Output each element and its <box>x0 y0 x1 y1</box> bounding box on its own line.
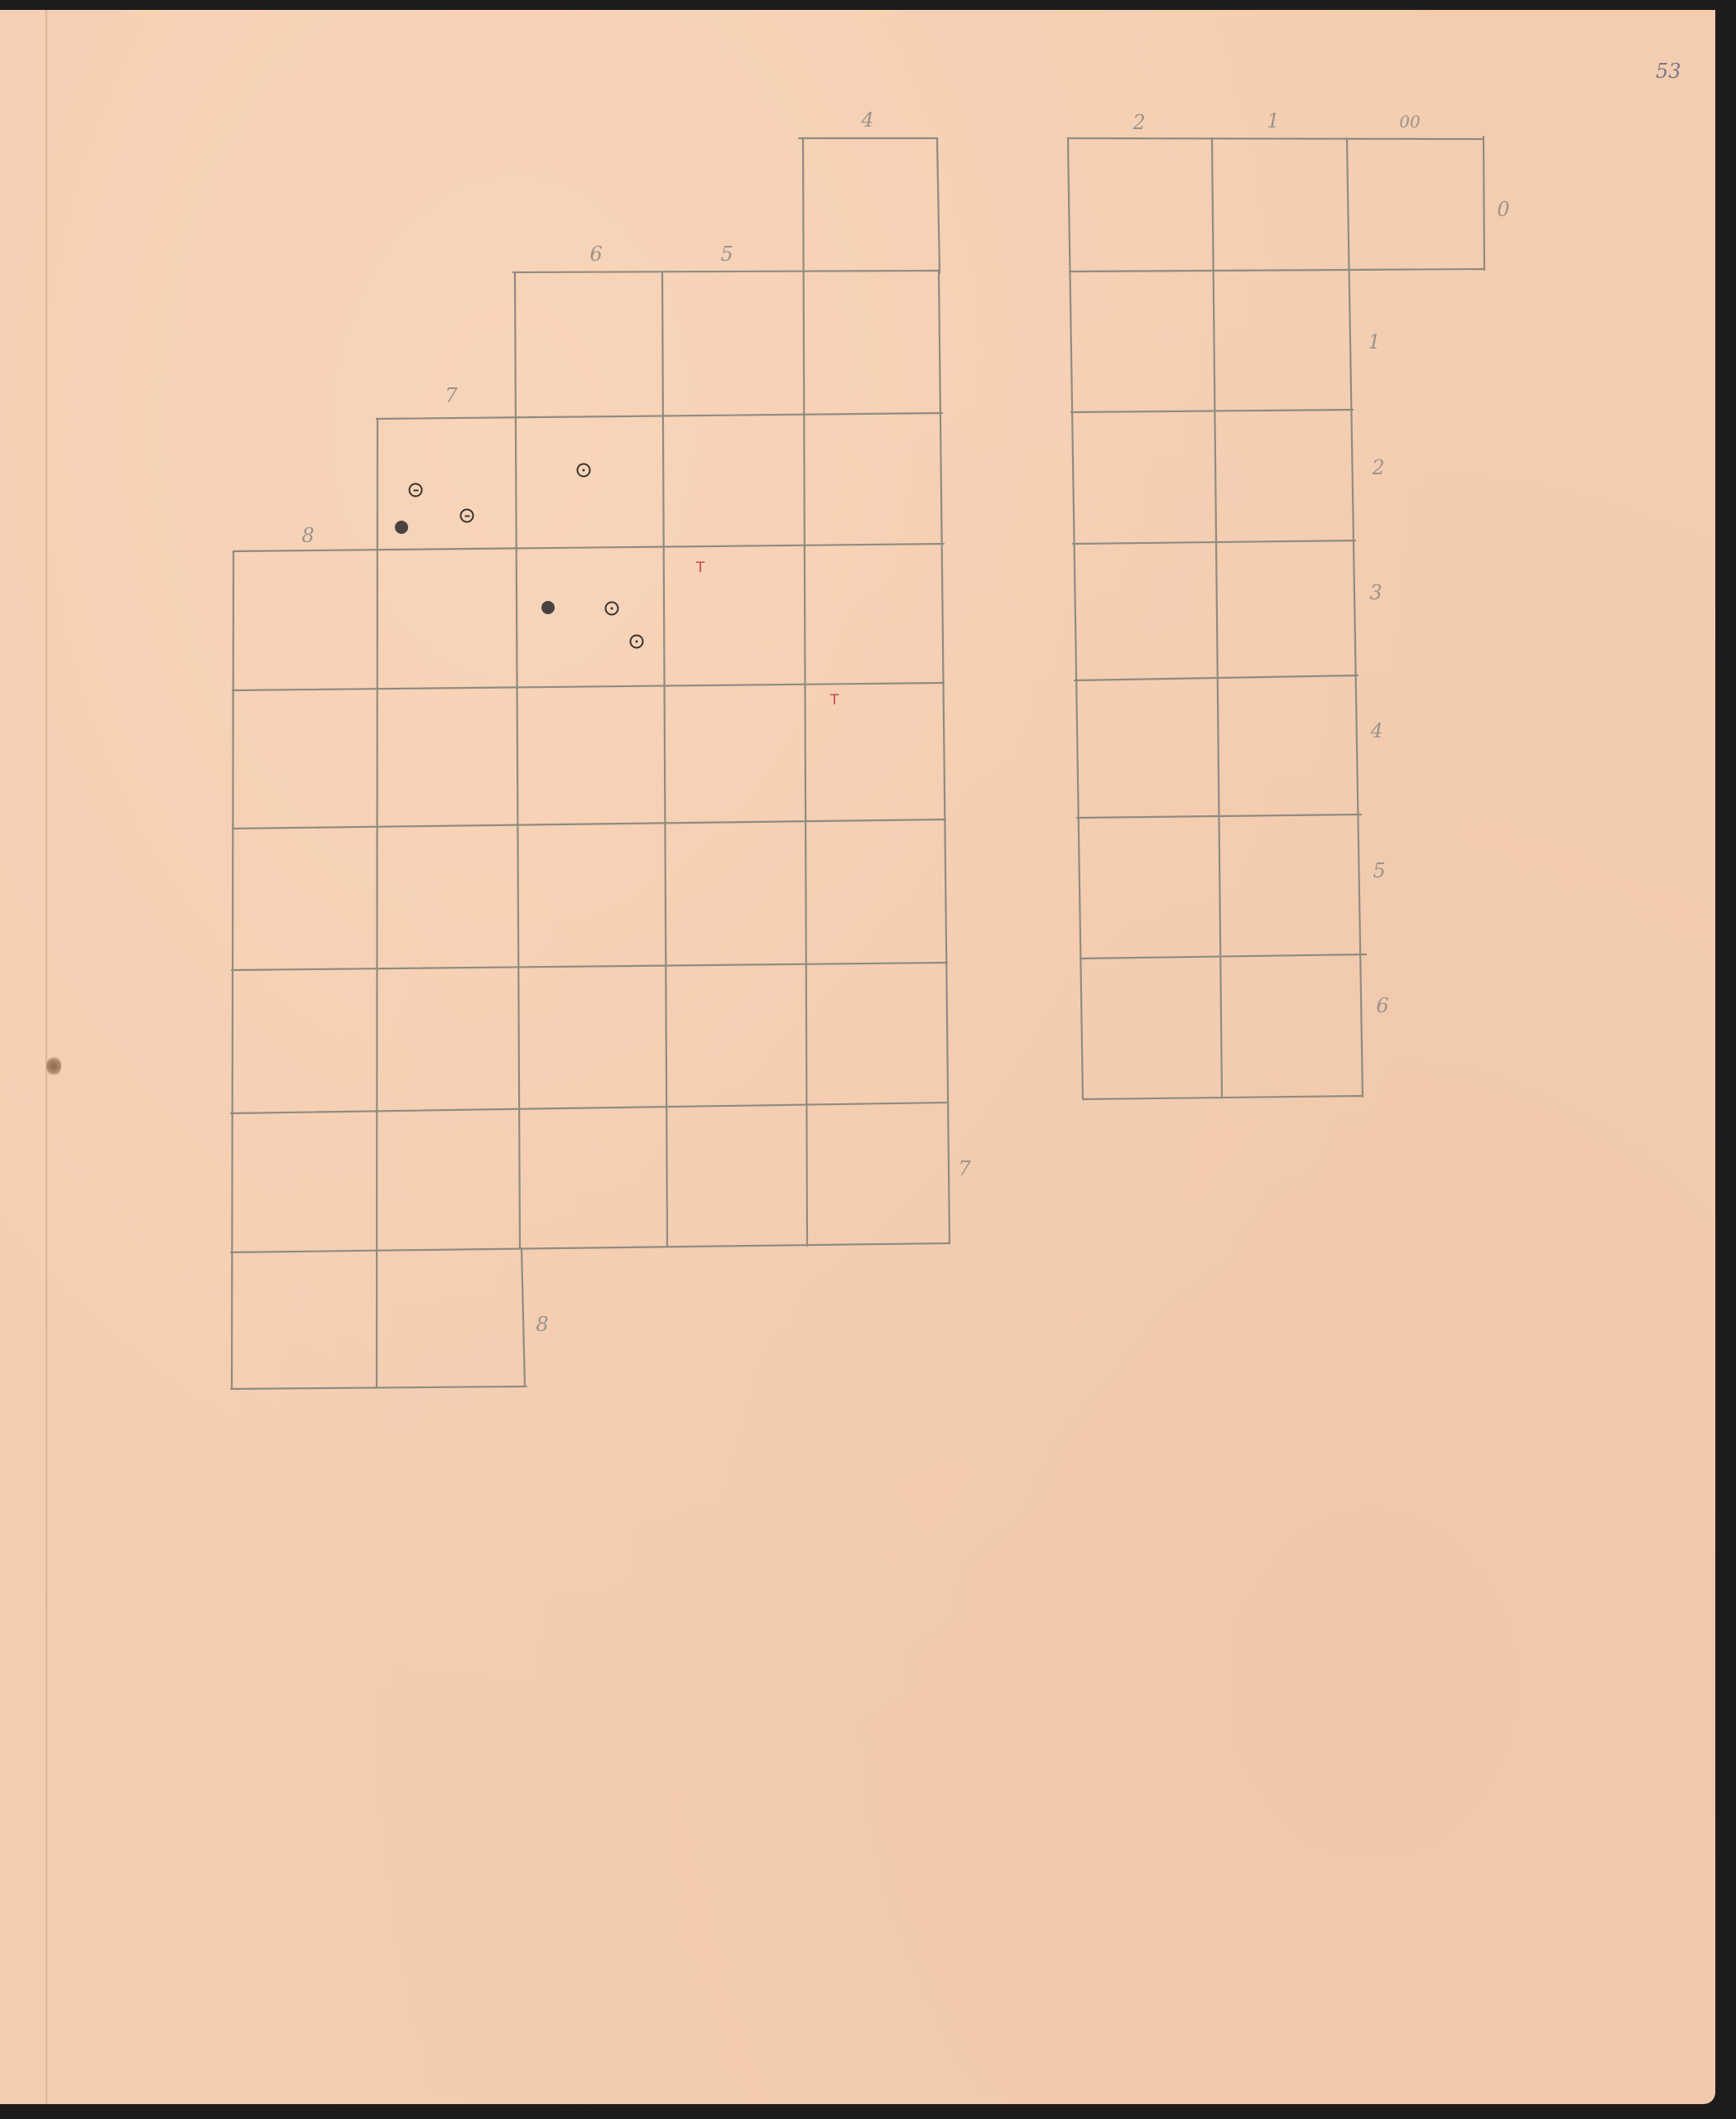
row-label-5: 5 <box>1373 859 1385 882</box>
open-circle-bar-marker <box>409 483 423 497</box>
row-label-1: 1 <box>1368 330 1380 353</box>
column-label-5: 5 <box>720 243 733 266</box>
open-circle-dot-marker <box>577 464 591 478</box>
column-label-8: 8 <box>301 524 314 547</box>
column-label-6: 6 <box>589 243 602 266</box>
row-label-2: 2 <box>1372 456 1384 479</box>
row-label-8: 8 <box>536 1313 548 1336</box>
column-label-00: 00 <box>1399 112 1420 132</box>
column-label-2: 2 <box>1132 111 1145 134</box>
open-circle-dot-marker <box>630 635 644 649</box>
column-label-7: 7 <box>445 384 457 407</box>
column-label-4: 4 <box>861 108 873 132</box>
red-t-mark: T <box>830 692 839 709</box>
right-grid <box>1068 137 1484 1099</box>
row-label-7: 7 <box>958 1157 970 1180</box>
filled-dot-marker <box>395 521 408 534</box>
grid-drawing <box>0 0 1736 2119</box>
row-label-3: 3 <box>1369 581 1382 604</box>
open-circle-dot-marker <box>605 602 619 616</box>
filled-dot-marker <box>541 601 555 614</box>
row-label-0: 0 <box>1497 198 1509 221</box>
row-label-4: 4 <box>1370 719 1383 742</box>
red-t-mark: T <box>696 560 704 576</box>
row-label-6: 6 <box>1376 994 1388 1017</box>
open-circle-bar-marker <box>460 509 474 523</box>
left-grid <box>231 138 950 1389</box>
column-label-1: 1 <box>1267 109 1279 132</box>
